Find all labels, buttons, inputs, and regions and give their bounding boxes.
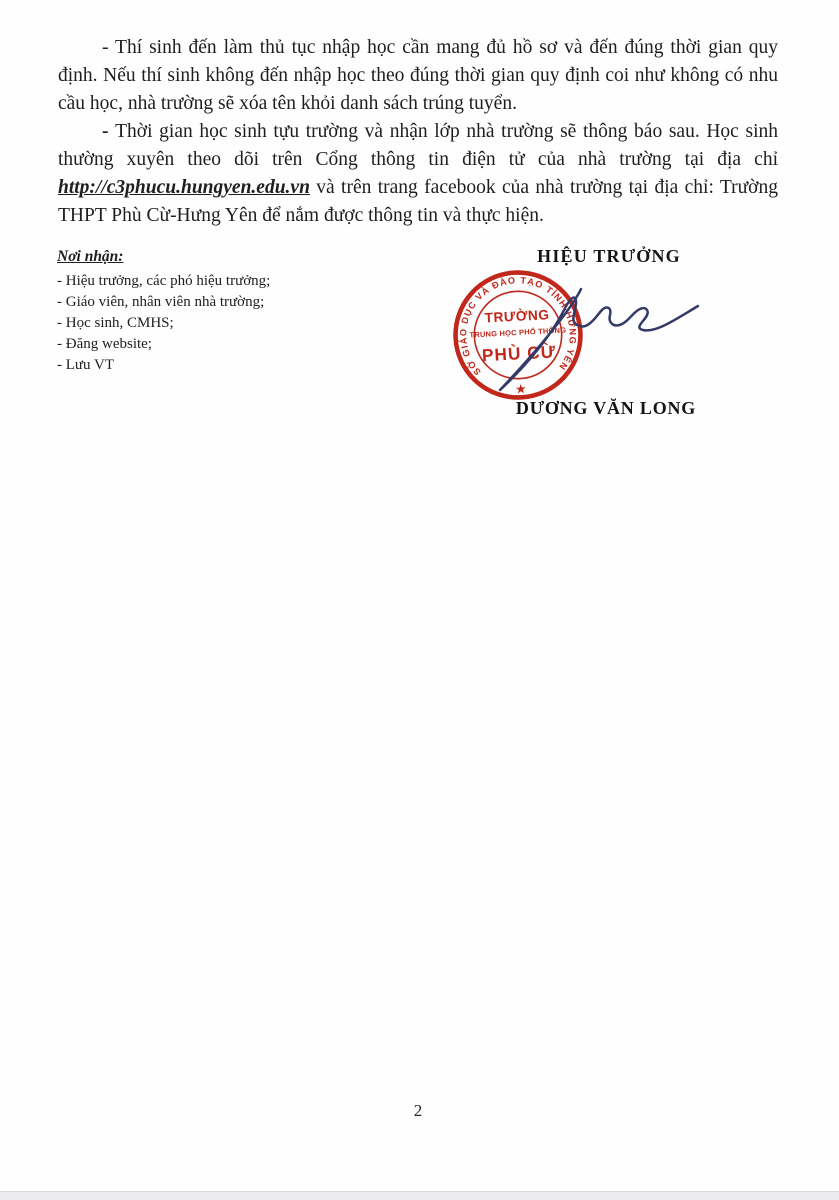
paragraph-schedule-text-1: Thời gian học sinh tựu trường và nhận lớ… <box>58 121 778 170</box>
paragraph-dash: - <box>102 121 115 142</box>
principal-signature <box>478 272 718 407</box>
viewer-bottom-edge <box>0 1191 839 1200</box>
page-number: 2 <box>0 1101 836 1121</box>
principal-title: HIỆU TRƯỞNG <box>459 246 759 267</box>
portal-url-link[interactable]: http://c3phucu.hungyen.edu.vn <box>58 177 310 198</box>
recipient-item: - Hiệu trưởng, các phó hiệu trưởng; <box>57 271 270 292</box>
recipients-section: Nơi nhận: - Hiệu trưởng, các phó hiệu tr… <box>57 246 270 376</box>
paragraph-admission-note: - Thí sinh đến làm thủ tục nhập học cần … <box>58 34 778 118</box>
document-page: - Thí sinh đến làm thủ tục nhập học cần … <box>0 0 839 1200</box>
recipient-item: - Học sinh, CMHS; <box>57 313 270 334</box>
recipient-item: - Lưu VT <box>57 355 270 376</box>
document-body: - Thí sinh đến làm thủ tục nhập học cần … <box>58 34 778 230</box>
paragraph-schedule-note: - Thời gian học sinh tựu trường và nhận … <box>58 118 778 230</box>
recipients-header: Nơi nhận: <box>57 246 270 267</box>
recipient-item: - Đăng website; <box>57 334 270 355</box>
signature-stroke <box>500 289 698 390</box>
paragraph-admission-text: - Thí sinh đến làm thủ tục nhập học cần … <box>58 37 778 114</box>
recipient-item: - Giáo viên, nhân viên nhà trường; <box>57 292 270 313</box>
principal-name: DƯƠNG VĂN LONG <box>456 398 756 419</box>
